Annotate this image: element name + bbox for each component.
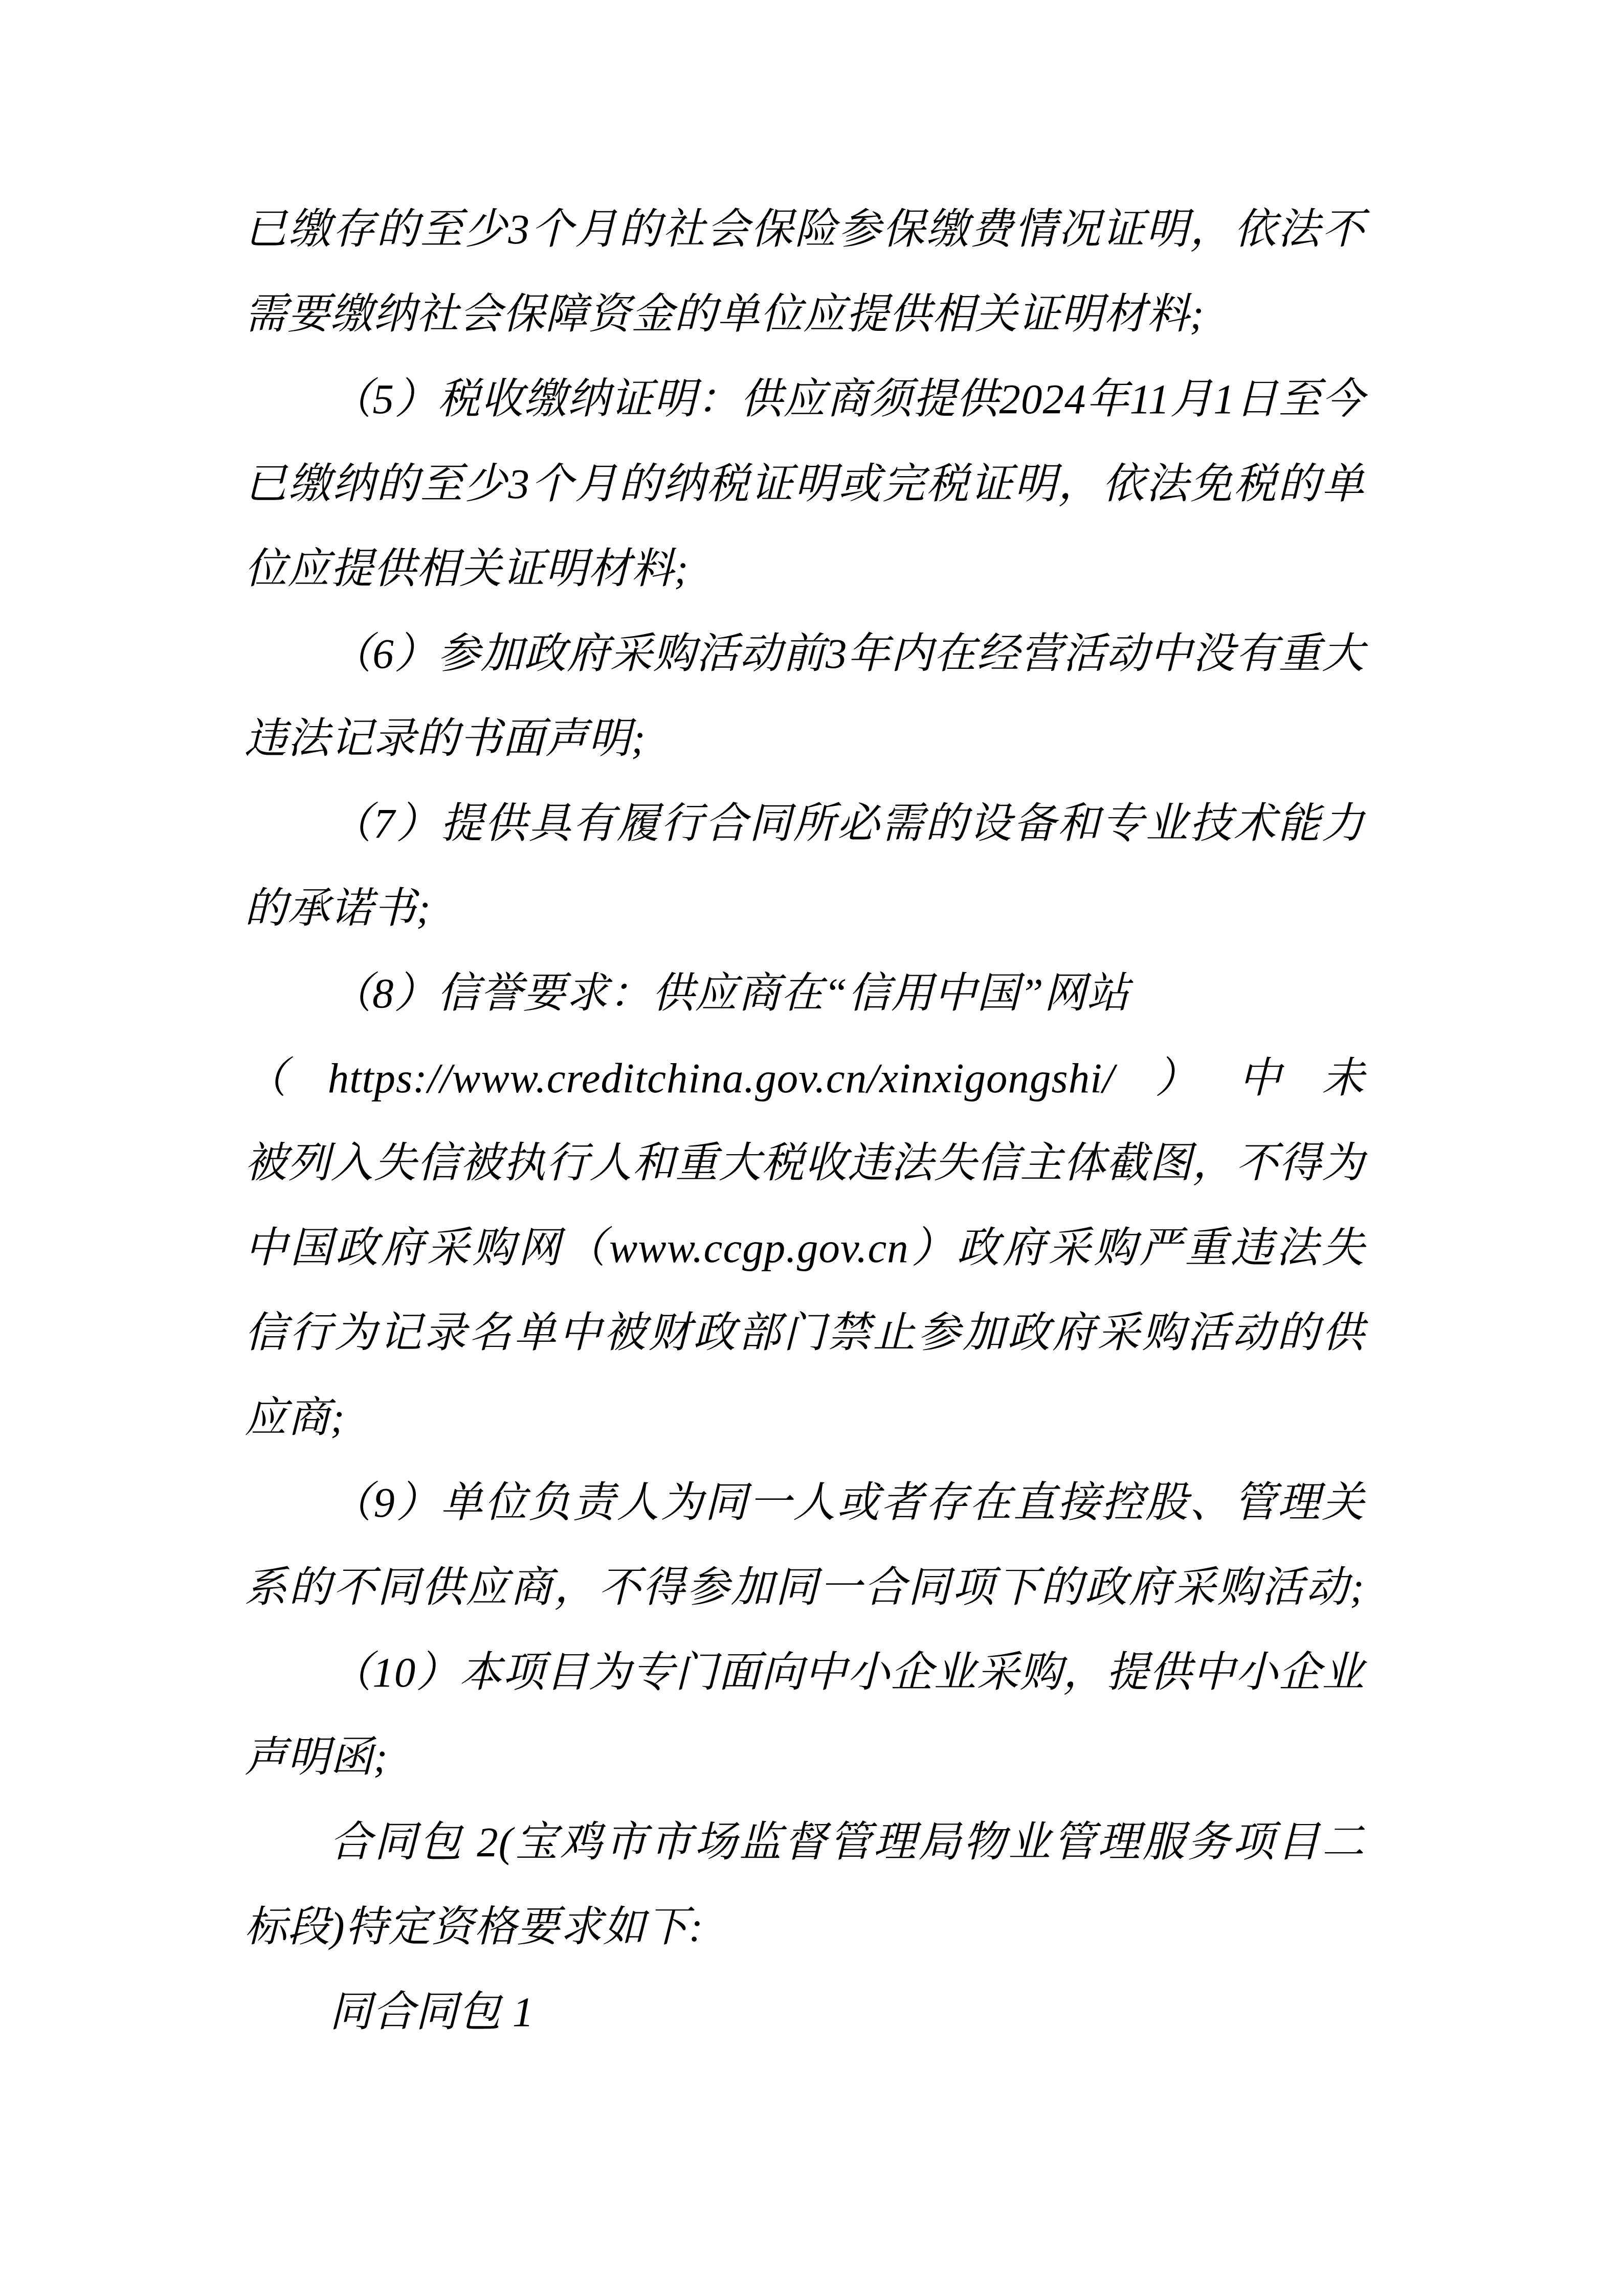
document-line: 位应提供相关证明材料; xyxy=(244,526,1365,611)
document-line: 合同包 2(宝鸡市市场监督管理局物业管理服务项目二 xyxy=(244,1799,1365,1884)
document-line: 的承诺书; xyxy=(244,866,1365,951)
document-line: 声明函; xyxy=(244,1715,1365,1799)
document-line: 已缴存的至少3个月的社会保险参保缴费情况证明，依法不 xyxy=(244,187,1365,272)
document-line: （8）信誉要求：供应商在“信用中国”网站 xyxy=(244,951,1365,1036)
document-line: 违法记录的书面声明; xyxy=(244,696,1365,781)
document-line: 系的不同供应商，不得参加同一合同项下的政府采购活动; xyxy=(244,1545,1365,1630)
document-text-block: 已缴存的至少3个月的社会保险参保缴费情况证明，依法不 需要缴纳社会保障资金的单位… xyxy=(244,187,1365,2054)
document-line: （10）本项目为专门面向中小企业采购，提供中小企业 xyxy=(244,1630,1365,1715)
document-line: 标段)特定资格要求如下: xyxy=(244,1884,1365,1969)
document-line: 同合同包 1 xyxy=(244,1969,1365,2054)
document-line: 应商; xyxy=(244,1375,1365,1460)
document-line: 需要缴纳社会保障资金的单位应提供相关证明材料; xyxy=(244,272,1365,356)
document-line: （https://www.creditchina.gov.cn/xinxigon… xyxy=(244,1036,1365,1120)
document-line: 已缴纳的至少3个月的纳税证明或完税证明，依法免税的单 xyxy=(244,441,1365,526)
document-line: 中国政府采购网（www.ccgp.gov.cn）政府采购严重违法失 xyxy=(244,1205,1365,1290)
document-line: （6）参加政府采购活动前3年内在经营活动中没有重大 xyxy=(244,611,1365,696)
document-line: （7）提供具有履行合同所必需的设备和专业技术能力 xyxy=(244,781,1365,866)
document-line: 被列入失信被执行人和重大税收违法失信主体截图，不得为 xyxy=(244,1120,1365,1205)
document-page: 已缴存的至少3个月的社会保险参保缴费情况证明，依法不 需要缴纳社会保障资金的单位… xyxy=(0,0,1624,2296)
document-line: 信行为记录名单中被财政部门禁止参加政府采购活动的供 xyxy=(244,1290,1365,1375)
document-line: （5）税收缴纳证明：供应商须提供2024年11月1日至今 xyxy=(244,356,1365,441)
document-line: （9）单位负责人为同一人或者存在直接控股、管理关 xyxy=(244,1460,1365,1545)
